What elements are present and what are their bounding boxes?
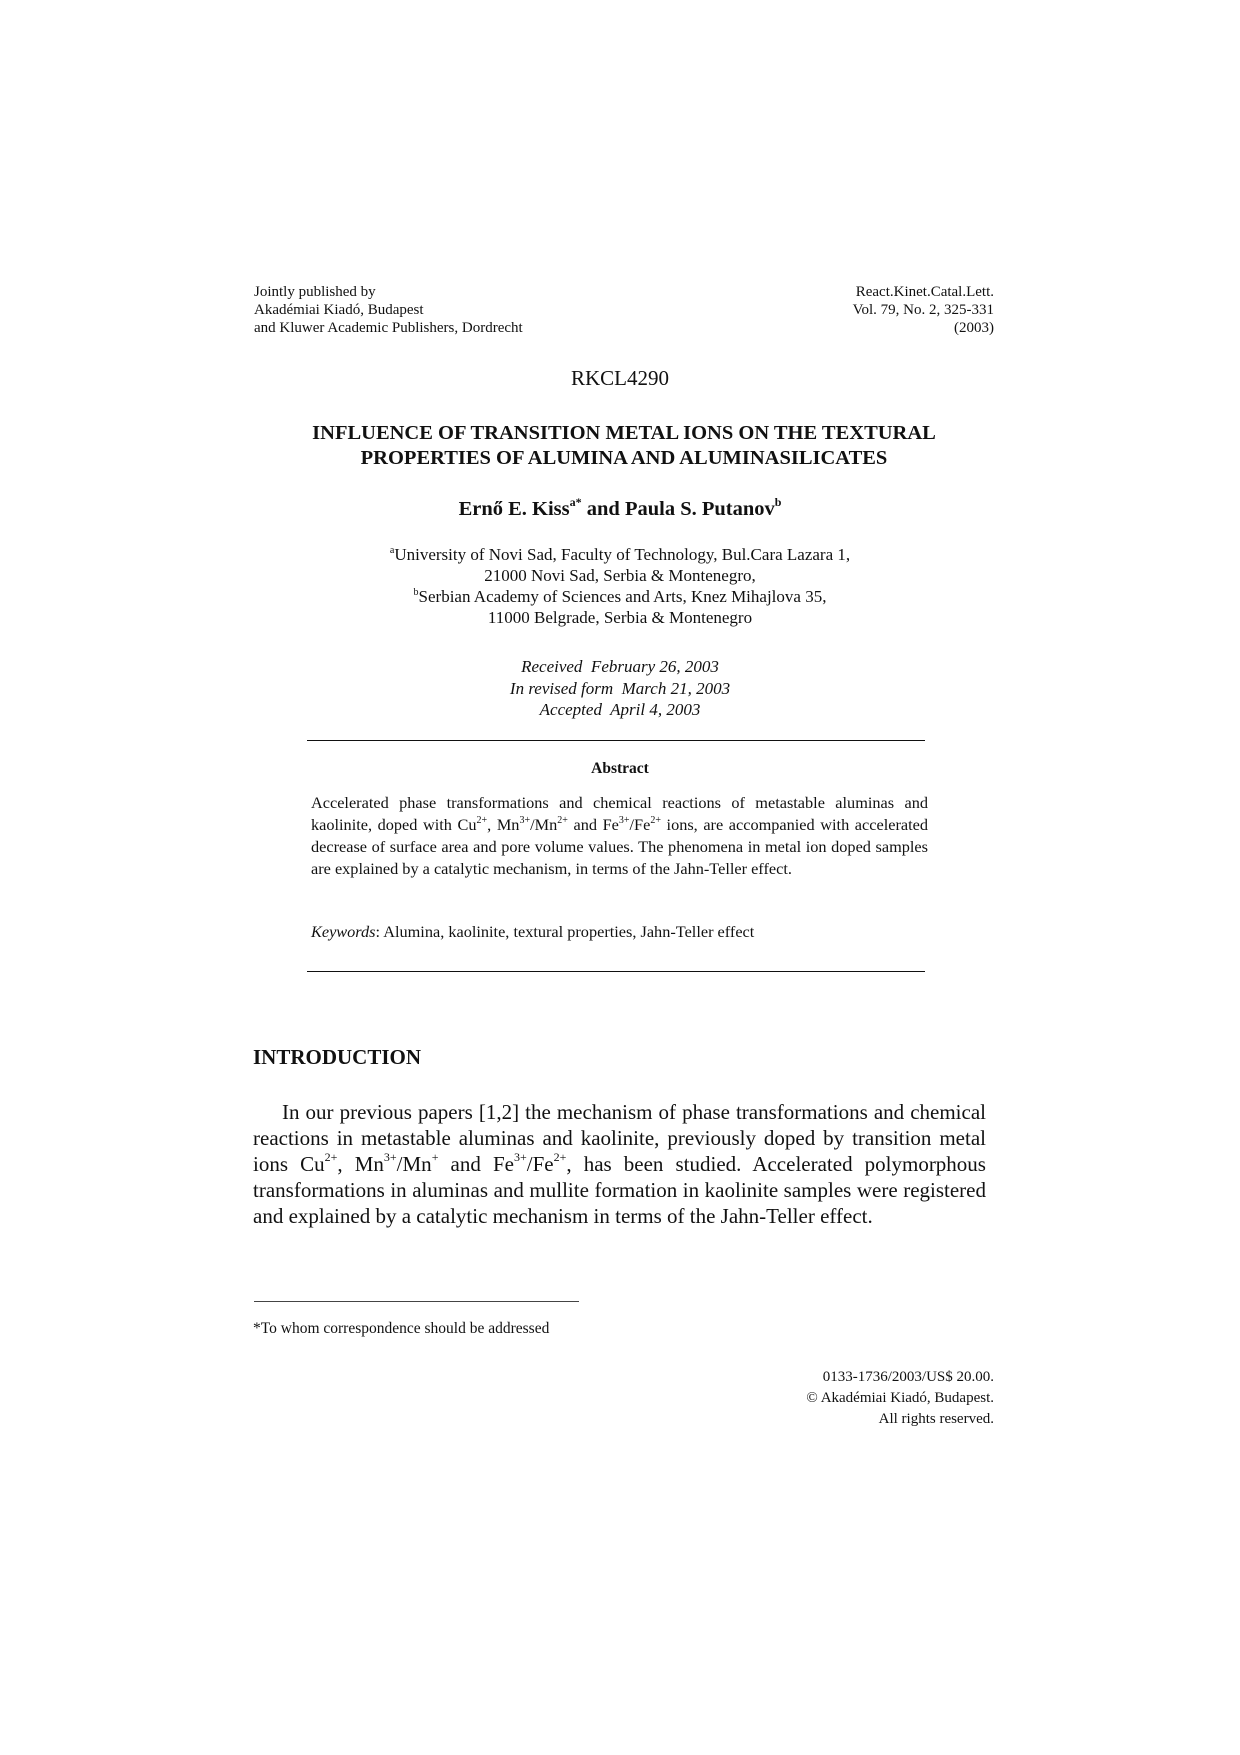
charge-superscript: 3+ bbox=[619, 815, 630, 826]
affiliation-line: aUniversity of Novi Sad, Faculty of Tech… bbox=[0, 544, 1240, 565]
keywords: Keywords: Alumina, kaolinite, textural p… bbox=[311, 922, 928, 942]
text-run: /Mn bbox=[397, 1152, 432, 1176]
date-accepted: Accepted April 4, 2003 bbox=[0, 699, 1240, 721]
charge-superscript: 2+ bbox=[650, 815, 661, 826]
journal-line: (2003) bbox=[853, 319, 994, 337]
affiliations: aUniversity of Novi Sad, Faculty of Tech… bbox=[0, 544, 1240, 628]
charge-superscript: 2+ bbox=[554, 1150, 567, 1164]
text-run: , Mn bbox=[487, 815, 519, 834]
affiliation-text: University of Novi Sad, Faculty of Techn… bbox=[394, 545, 850, 564]
copyright-block: 0133-1736/2003/US$ 20.00. © Akadémiai Ki… bbox=[806, 1367, 994, 1430]
section-heading-introduction: INTRODUCTION bbox=[253, 1045, 421, 1069]
footnote-rule bbox=[254, 1301, 579, 1302]
abstract-bottom-rule bbox=[307, 971, 925, 972]
rights-reserved: All rights reserved. bbox=[806, 1409, 994, 1430]
paper-title: INFLUENCE OF TRANSITION METAL IONS ON TH… bbox=[254, 421, 994, 471]
charge-superscript: 2+ bbox=[477, 815, 488, 826]
charge-superscript: 3+ bbox=[514, 1150, 527, 1164]
journal-line: React.Kinet.Catal.Lett. bbox=[853, 283, 994, 301]
abstract-text: Accelerated phase transformations and ch… bbox=[311, 792, 928, 880]
introduction-paragraph: In our previous papers [1,2] the mechani… bbox=[253, 1099, 986, 1229]
affiliation-text: Serbian Academy of Sciences and Arts, Kn… bbox=[419, 587, 827, 606]
affiliation-line: bSerbian Academy of Sciences and Arts, K… bbox=[0, 586, 1240, 607]
publisher-line: Jointly published by bbox=[254, 283, 523, 301]
text-run: /Fe bbox=[630, 815, 651, 834]
charge-superscript: 2+ bbox=[325, 1150, 338, 1164]
keywords-text: : Alumina, kaolinite, textural propertie… bbox=[376, 922, 755, 941]
title-line: PROPERTIES OF ALUMINA AND ALUMINASILICAT… bbox=[254, 446, 994, 471]
title-line: INFLUENCE OF TRANSITION METAL IONS ON TH… bbox=[254, 421, 994, 446]
author-mark: a* bbox=[570, 495, 582, 509]
text-run: /Mn bbox=[530, 815, 557, 834]
text-run: and Fe bbox=[568, 815, 619, 834]
journal-line: Vol. 79, No. 2, 325-331 bbox=[853, 301, 994, 319]
author-list: Ernő E. Kissa* and Paula S. Putanovb bbox=[0, 497, 1240, 521]
affiliation-line: 21000 Novi Sad, Serbia & Montenegro, bbox=[0, 565, 1240, 586]
charge-superscript: 3+ bbox=[384, 1150, 397, 1164]
abstract-heading: Abstract bbox=[0, 760, 1240, 778]
affiliation-line: 11000 Belgrade, Serbia & Montenegro bbox=[0, 607, 1240, 628]
author-mark: b bbox=[775, 495, 782, 509]
article-code: RKCL4290 bbox=[0, 366, 1240, 390]
publisher-info: Jointly published by Akadémiai Kiadó, Bu… bbox=[254, 283, 523, 337]
submission-dates: Received February 26, 2003 In revised fo… bbox=[0, 656, 1240, 721]
publisher-line: and Kluwer Academic Publishers, Dordrech… bbox=[254, 319, 523, 337]
correspondence-footnote: *To whom correspondence should be addres… bbox=[253, 1320, 549, 1338]
charge-superscript: 2+ bbox=[557, 815, 568, 826]
copyright-holder: © Akadémiai Kiadó, Budapest. bbox=[806, 1388, 994, 1409]
keywords-label: Keywords bbox=[311, 922, 376, 941]
date-revised: In revised form March 21, 2003 bbox=[0, 678, 1240, 700]
author-name: Paula S. Putanov bbox=[625, 498, 775, 520]
author-name: Ernő E. Kiss bbox=[459, 498, 570, 520]
abstract-top-rule bbox=[307, 740, 925, 741]
date-received: Received February 26, 2003 bbox=[0, 656, 1240, 678]
text-run: , Mn bbox=[337, 1152, 384, 1176]
text-run: and Fe bbox=[438, 1152, 513, 1176]
author-joiner: and bbox=[582, 498, 625, 520]
issn-price: 0133-1736/2003/US$ 20.00. bbox=[806, 1367, 994, 1388]
charge-superscript: 3+ bbox=[519, 815, 530, 826]
text-run: /Fe bbox=[527, 1152, 554, 1176]
publisher-line: Akadémiai Kiadó, Budapest bbox=[254, 301, 523, 319]
journal-info: React.Kinet.Catal.Lett. Vol. 79, No. 2, … bbox=[853, 283, 994, 337]
